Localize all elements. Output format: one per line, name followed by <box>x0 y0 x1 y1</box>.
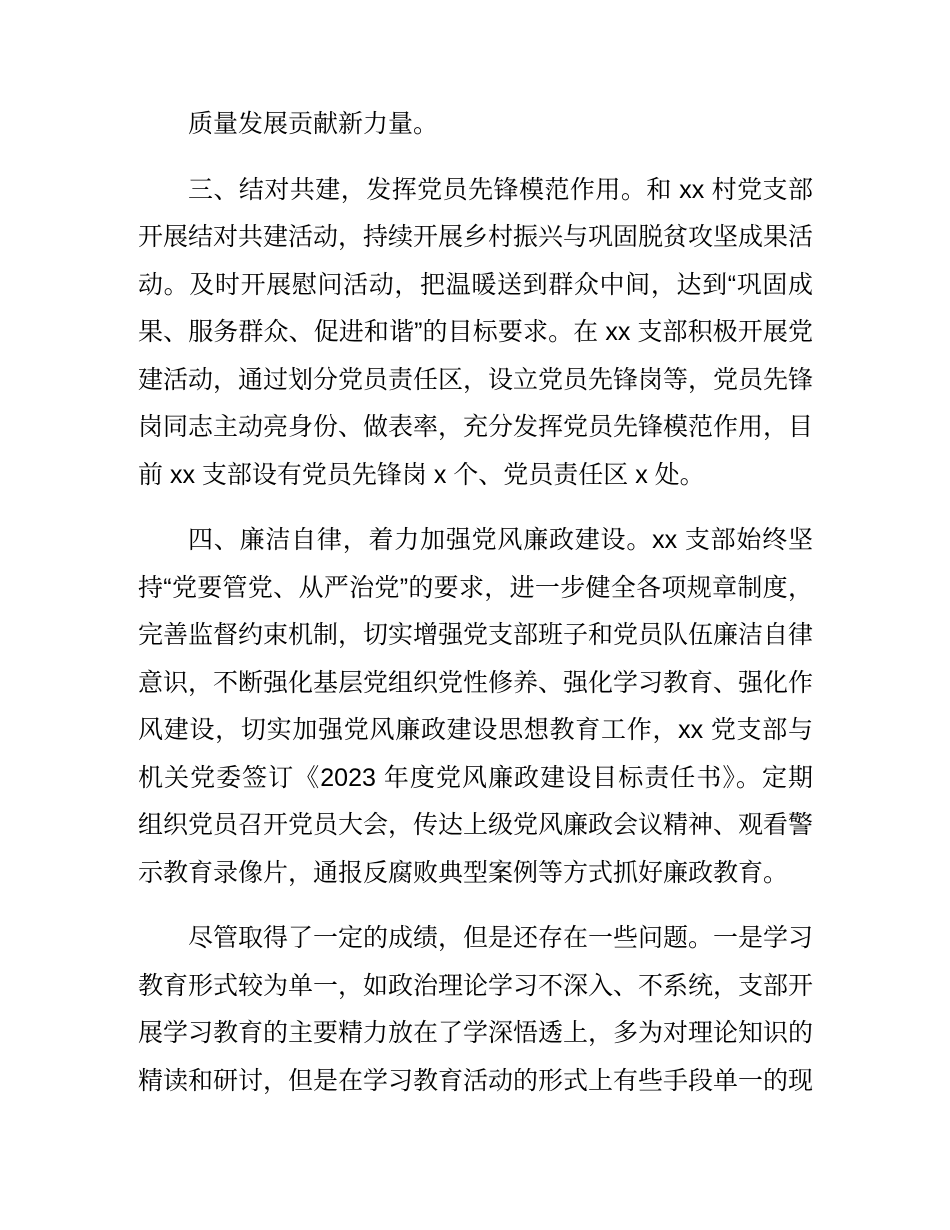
paragraph-problems: 尽管取得了一定的成绩，但是还存在一些问题。一是学习教育形式较为单一，如政治理论学… <box>138 915 813 1105</box>
paragraph-section-four: 四、廉洁自律，着力加强党风廉政建设。xx 支部始终坚持“党要管党、从严治党”的要… <box>138 517 813 897</box>
paragraph-section-three: 三、结对共建，发挥党员先锋模范作用。和 xx 村党支部开展结对共建活动，持续开展… <box>138 167 813 500</box>
document-page: 质量发展贡献新力量。 三、结对共建，发挥党员先锋模范作用。和 xx 村党支部开展… <box>0 0 950 1230</box>
paragraph-continuation-fragment: 质量发展贡献新力量。 <box>138 101 813 149</box>
